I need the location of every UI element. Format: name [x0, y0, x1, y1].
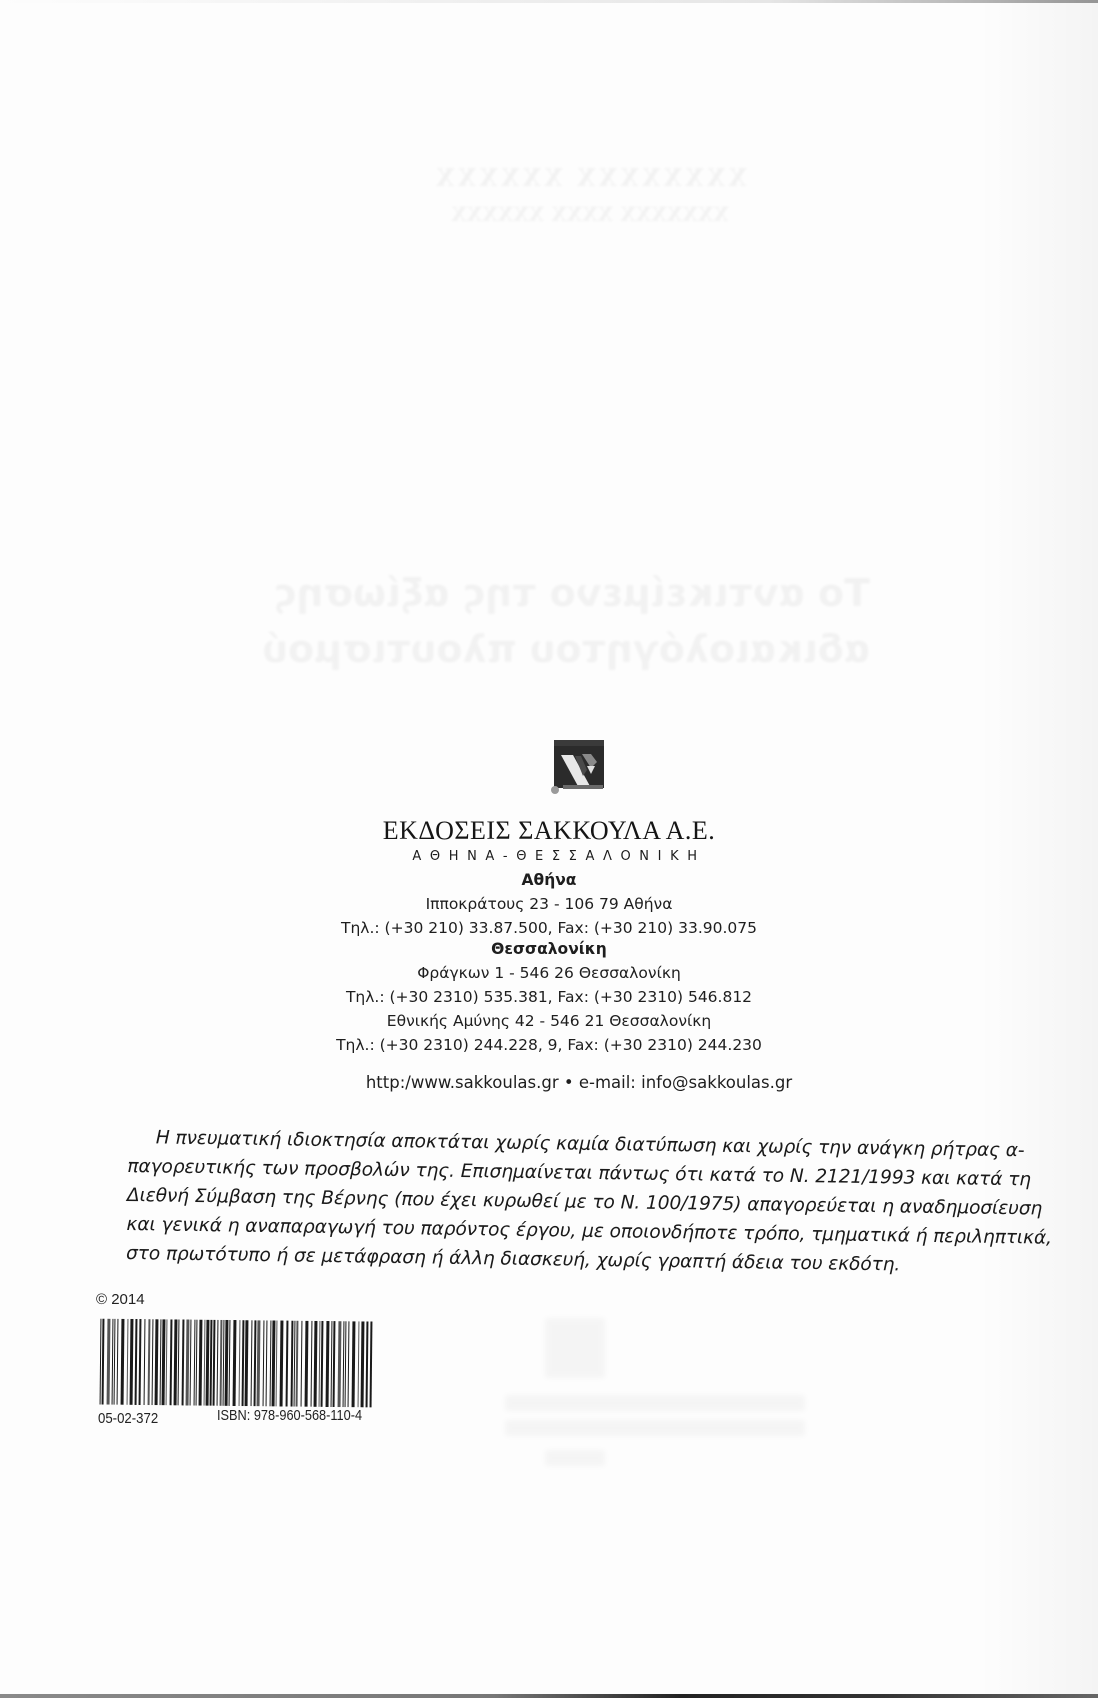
publisher-cities: ΑΘΗΝΑ-ΘΕΣΣΑΛΟΝΙΚΗ: [0, 849, 1098, 864]
thessaloniki-address-2: Εθνικής Αμύνης 42 - 546 21 Θεσσαλονίκη: [0, 1009, 1098, 1033]
copyright-notice: Η πνευματική ιδιοκτησία αποκτάται χωρίς …: [126, 1123, 1048, 1282]
show-through-text: [545, 1450, 605, 1466]
isbn: ISBN: 978-960-568-110-4: [217, 1407, 362, 1424]
show-through-text: [505, 1420, 805, 1436]
thessaloniki-phone-1: Τηλ.: (+30 2310) 535.381, Fax: (+30 2310…: [0, 985, 1098, 1009]
page-edge-bottom: [0, 1694, 1098, 1698]
publisher-web-contact: http:/www.sakkoulas.gr • e-mail: info@sa…: [0, 1071, 1098, 1095]
athens-heading: Αθήνα: [0, 868, 1098, 892]
show-through-text: [505, 1395, 805, 1411]
publisher-logo-icon: [551, 740, 605, 795]
show-through-title-line: αδικαιολόγητου πλουτισμού: [270, 621, 870, 677]
thessaloniki-heading: Θεσσαλονίκη: [0, 937, 1098, 961]
thessaloniki-address-1: Φράγκων 1 - 546 26 Θεσσαλονίκη: [0, 961, 1098, 985]
show-through-title-line: Το αντικείμενο της αξίωσης: [270, 565, 870, 621]
show-through-logo: [545, 1318, 605, 1378]
barcode-icon: [98, 1319, 374, 1408]
show-through-title: Το αντικείμενο της αξίωσης αδικαιολόγητο…: [270, 565, 870, 677]
copyright-year: © 2014: [96, 1291, 145, 1308]
page-edge-top: [0, 0, 1098, 3]
publisher-name: ΕΚΔΟΣΕΙΣ ΣΑΚΚΟΥΛΑ Α.Ε.: [0, 816, 1098, 846]
thessaloniki-phone-2: Τηλ.: (+30 2310) 244.228, 9, Fax: (+30 2…: [0, 1033, 1098, 1057]
product-code: 05-02-372: [98, 1410, 158, 1427]
show-through-header: ΧΧΧΧΧΧΧΧ ΧΧΧΧΧΧ ΧΧΧΧΧΧΧ ΧΧΧΧ ΧΧΧΧΧΧ: [380, 160, 800, 232]
athens-address: Ιπποκράτους 23 - 106 79 Αθήνα: [0, 892, 1098, 916]
athens-office: Αθήνα Ιπποκράτους 23 - 106 79 Αθήνα Τηλ.…: [0, 868, 1098, 940]
thessaloniki-office: Θεσσαλονίκη Φράγκων 1 - 546 26 Θεσσαλονί…: [0, 937, 1098, 1057]
